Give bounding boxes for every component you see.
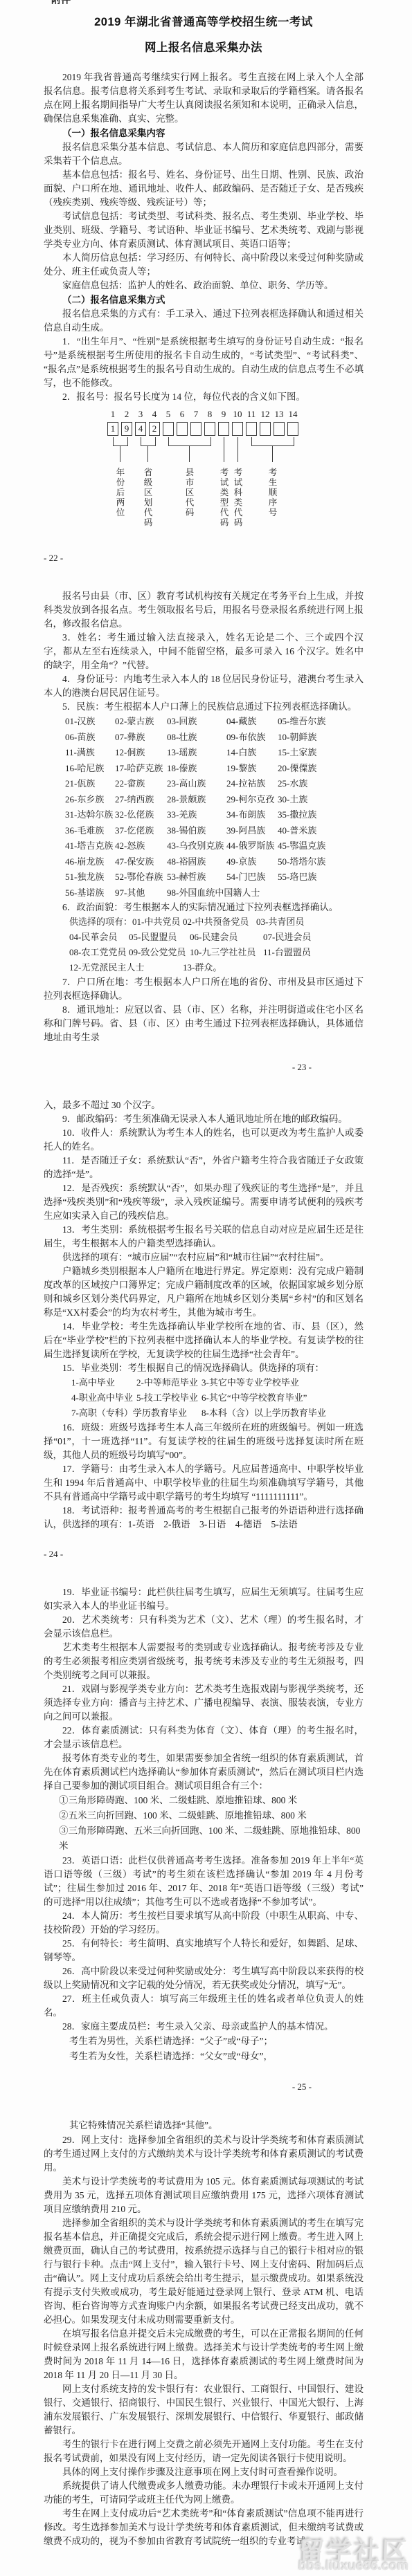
digit-position-label: 11 — [246, 408, 257, 421]
ethnic-code-item: 19-黎族 — [226, 761, 278, 777]
group-bracket — [113, 437, 128, 446]
paragraph: 报名信息采集的方式有：手工录入、通过下拉列表框选择确认和通过相关信息自动生成。 — [44, 307, 364, 335]
digit-box — [232, 422, 243, 436]
paragraph: 在填写报名信息并提交后未完成缴费的考生，可以在正常报名期间的任何时候登录网上报名… — [44, 2327, 364, 2382]
page-number: - 25 - — [44, 2081, 364, 2093]
paragraph: 22．体育素质测试：只有科类为体育（文）、体育（理）的考生报名时，才会显示该信息… — [44, 1724, 364, 1751]
page-number: - 23 - — [44, 1061, 364, 1074]
group-bracket — [251, 437, 294, 446]
ethnic-code-item: 14-白族 — [226, 745, 278, 761]
ethnic-code-item: 13-瑶族 — [167, 745, 226, 761]
option-item: 06-民建会员 — [190, 930, 263, 945]
ethnic-code-item: 10-朝鲜族 — [278, 730, 364, 746]
ethnic-code-item: 35-撒拉族 — [278, 807, 364, 823]
option-item: 2-中等师范毕业 — [136, 1375, 201, 1390]
option-item: 04-民革会员 — [69, 930, 129, 945]
digit-position-label: 13 — [274, 408, 285, 421]
paragraph: 美术与设计学类统考的考试费用为 105 元。体育素质测试每项测试的考试费用为 3… — [44, 2175, 364, 2216]
paragraph: 3．姓名：考生通过输入法直接录入，姓名无论是二个、三个或四个汉字，都从左至右连续… — [44, 631, 364, 672]
paragraph: 2．报名号：报名号长度为 14 位，每位代表的含义如下图。 — [44, 390, 364, 404]
ethnic-code-item: 54-门巴族 — [226, 870, 278, 885]
ethnic-code-item: 02-蒙古族 — [115, 714, 167, 730]
relation-note: 考生若为女性，关系栏请选择：“父女”或“母女”， — [69, 2049, 364, 2064]
option-item: 5-技工学校毕业 — [136, 1390, 201, 1406]
group-label: 年份后两位 — [115, 468, 125, 518]
group-label: 县市区代码 — [184, 468, 194, 518]
ethnic-code-item: 15-土家族 — [278, 745, 364, 761]
option-item: 02-中共预备党员 — [183, 914, 256, 930]
section-heading: （一）报名信息采集内容 — [44, 126, 364, 140]
watermark-text: 留学社区 — [298, 2545, 410, 2559]
paragraph: 2019 年我省普通高考继续实行网上报名。考生直接在网上录入个人全部报名信息。报… — [44, 71, 364, 126]
options-row: 供选择的项有：01-中共党员02-中共预备党员03-共青团员 — [69, 914, 364, 930]
ethnic-code-item: 27-纳西族 — [115, 792, 167, 808]
digit-box — [218, 422, 229, 436]
ethnic-code-item: 11-满族 — [65, 745, 115, 761]
option-item: 03-共青团员 — [256, 914, 364, 930]
paragraph: 本人简历信息包括：学习经历、有何特长、高中阶段以来受过何种奖励或处分、班主任或负… — [44, 251, 364, 279]
ethnic-code-item: 22-畲族 — [115, 776, 167, 792]
options-row: 7-高职（专科）学历教育毕业8-本科（含）以上学历教育毕业 — [71, 1406, 364, 1421]
ethnic-code-item: 16-哈尼族 — [65, 761, 115, 777]
option-item: 3-其它中等专业学校毕业 — [201, 1375, 364, 1390]
digit-position-label: 1 — [107, 408, 118, 421]
paragraph: 7．户口所在地：考生根据本人户口所在地的省份、市州及县市区通过下拉列表框选择确认… — [44, 975, 364, 1003]
paragraph: 5．民族：考生根据本人户口薄上的民族信息通过下拉列表框选择确认。 — [44, 700, 364, 714]
ethnic-code-item: 39-阿昌族 — [226, 823, 278, 839]
option-item: 7-高职（专科）学历教育毕业 — [71, 1406, 201, 1421]
digit-position-label: 2 — [121, 408, 132, 421]
ethnic-code-item: 33-羌族 — [167, 807, 226, 823]
group-stem — [147, 445, 148, 462]
digit-box — [163, 422, 174, 436]
digit-position-label: 12 — [260, 408, 271, 421]
group-label: 考生顺序号 — [267, 468, 277, 518]
registration-number-diagram: 12345678910111213141942年份后两位省级区划代码县市区代码考… — [107, 408, 364, 546]
ethnic-code-item: 40-普米族 — [278, 823, 364, 839]
ethnic-code-item: 47-保安族 — [115, 854, 167, 870]
paragraph: 艺术类考生根据本人需要报考的类别或专业选择确认。报考统考涉及专业的考生必须报考相… — [44, 1641, 364, 1682]
ethnic-code-item: 44-俄罗斯族 — [226, 838, 278, 854]
ethnic-code-item: 50-塔塔尔族 — [278, 854, 364, 870]
digit-position-label: 3 — [135, 408, 146, 421]
test-combo-item: ②五米三向折回跑、100 米、二级蛙跳、原地推铅球、800 米 — [59, 1808, 364, 1823]
paragraph: 21．戏剧与影视学类专业方向：艺术类考生选报戏剧与影视学类统考，还须选择专业方向… — [44, 1682, 364, 1724]
paragraph: 11．是否随迁子女：系统默认“否”，外省户籍考生符合我省随迁子女政策的选择“是”… — [44, 1154, 364, 1181]
ethnic-code-item: 17-哈萨克族 — [115, 761, 167, 777]
ethnic-code-item: 08-壮族 — [167, 730, 226, 746]
paragraph: 考试信息包括：考试类型、考试科类、报名点、考生类别、毕业学校、毕业类别、班级、学… — [44, 210, 364, 251]
paragraph: 供选择的项有：“城市应届”“农村应届”和“城市往届”“农村往届”。 — [44, 1251, 364, 1264]
paragraph: 1．“出生年月”、“性别”是系统根据考生填写的身份证号自动生成：“报名号”是系统… — [44, 335, 364, 390]
page-number: - 24 - — [44, 1548, 364, 1561]
group-label: 省级区划代码 — [143, 468, 152, 528]
paragraph: 4．身份证号：内地考生录入本人的 18 位居民身份证号，港澳台考生录入本人的港澳… — [44, 672, 364, 700]
document-page: 附件 2019 年湖北省普通高等学校招生统一考试 网上报名信息采集办法 2019… — [0, 0, 412, 2576]
group-stem — [238, 437, 238, 462]
ethnic-code-item: 18-傣族 — [167, 761, 226, 777]
digit-position-label: 5 — [163, 408, 174, 421]
digit-box — [260, 422, 271, 436]
option-item: 13-群众。 — [183, 960, 364, 975]
relation-note: 考生若为男性，关系栏请选择：“父子”或“母子”； — [69, 2034, 364, 2049]
clipped-header-fragment: 附件 — [51, 0, 71, 4]
paragraph: 13．考生类别：系统根据考生报名号关联的信息自动对应是应届生还是往届生，考生根据… — [44, 1223, 364, 1251]
paragraph: 报考体育类专业的考生，如果需要参加全省统一组织的体育素质测试，首先在体育素质测试… — [44, 1751, 364, 1793]
ethnic-code-item: 05-维吾尔族 — [278, 714, 364, 730]
paragraph: 26．高中阶段以来受过何种奖励或处分：考生填写高中阶段以来获得的校级以上奖励情况… — [44, 1965, 364, 1992]
digit-box — [287, 422, 298, 436]
paragraph: 27．班主任或负责人：填写高三年级班主任的姓名或者单位负责人的姓名。 — [44, 1992, 364, 2020]
ethnic-code-item: 06-苗族 — [65, 730, 115, 746]
paragraph: 23．英语口语：此栏仅供普通高考考生选择。准备参加 2019 年上半年“英语口语… — [44, 1854, 364, 1909]
group-label: 考试科类代码 — [233, 468, 242, 528]
digit-position-label: 7 — [190, 408, 201, 421]
ethnic-code-item: 03-回族 — [167, 714, 226, 730]
option-item: 07-民进会员 — [263, 930, 364, 945]
document-body: 2019 年我省普通高考继续实行网上报名。考生直接在网上录入个人全部报名信息。报… — [44, 71, 364, 2548]
document-title-line-2: 网上报名信息采集办法 — [44, 38, 364, 58]
ethnic-code-item: 53-赫哲族 — [167, 870, 226, 885]
ethnic-code-item: 45-鄂温克族 — [278, 838, 364, 854]
group-bracket — [168, 437, 211, 446]
option-item: 8-本科（含）以上学历教育毕业 — [201, 1406, 364, 1421]
ethnic-code-item: 01-汉族 — [65, 714, 115, 730]
paragraph: 网上支付系统支持的发卡银行有：农业银行、工商银行、中国银行、建设银行、交通银行、… — [44, 2382, 364, 2438]
ethnic-code-item: 20-傈僳族 — [278, 761, 364, 777]
options-row: 12-无党派民主人士13-群众。 — [69, 960, 364, 975]
clipped-header-text: 附件 — [51, 0, 71, 4]
options-row: 1-高中毕业2-中等师范毕业3-其它中等专业学校毕业 — [71, 1375, 364, 1390]
option-item: 4-职业高中毕业 — [71, 1390, 136, 1406]
digit-position-label: 9 — [218, 408, 229, 421]
group-label: 考试类型代码 — [219, 468, 229, 528]
options-row: 4-职业高中毕业5-技工学校毕业6-其它“中等学校教育毕业” — [71, 1390, 364, 1406]
ethnic-code-item: 25-水族 — [278, 776, 364, 792]
section-heading: （二）报名信息采集方式 — [44, 293, 364, 307]
document-content: 2019 年湖北省普通高等学校招生统一考试 网上报名信息采集办法 2019 年我… — [0, 0, 412, 2576]
option-item: 08-农工党党员 — [69, 945, 129, 960]
paragraph: 20．艺术类统考：只有科类为艺术（文）、艺术（理）的考生报名时，才会显示该信息栏… — [44, 1613, 364, 1641]
ethnic-code-item: 97-其他 — [115, 885, 167, 901]
paragraph: 基本信息包括：报名号、姓名、身份证号、出生日期、性别、民族、政治面貌、户口所在地… — [44, 168, 364, 210]
ethnic-code-item: 52-鄂伦春族 — [115, 870, 167, 885]
options-row: 04-民革会员05-民盟盟员06-民建会员07-民进会员 — [69, 930, 364, 945]
paragraph: 18．考试语种：报考普通高考的考生根据自己报考的外语语种进行选择确认，供选择的项… — [44, 1504, 364, 1531]
digit-position-label: 14 — [287, 408, 298, 421]
paragraph: 考生的银行卡在进行网上交费之前必须先开通网上支付功能。考生在支付报名考试费前，如… — [44, 2438, 364, 2465]
paragraph: 入，最多不超过 30 个汉字。 — [44, 1098, 364, 1112]
digit-box-row: 1942 — [107, 421, 364, 436]
ethnic-code-item: 37-仡佬族 — [115, 823, 167, 839]
paragraph: 系统提供了请人代缴费或多人缴费功能。未办理银行卡或未开通网上支付功能的考生，可请… — [44, 2479, 364, 2507]
relation-note: 其它特殊情况关系栏请选择“其他”。 — [69, 2118, 364, 2133]
ethnic-code-item: 55-珞巴族 — [278, 870, 364, 885]
ethnic-code-grid: 01-汉族02-蒙古族03-回族04-藏族05-维吾尔族06-苗族07-彝族08… — [65, 714, 364, 901]
paragraph: 9．邮政编码：考生须准确无误录入本人通讯地址所在地的邮政编码。 — [44, 1112, 364, 1126]
paragraph: 15．毕业类别：考生根据自己的情况选择确认。供选择的项有： — [44, 1361, 364, 1375]
option-item: 11-台盟盟员 — [263, 945, 364, 960]
paragraph: 29．网上支付：选择参加全省组织的美术与设计学类统考和体育素质测试的考生通过网上… — [44, 2133, 364, 2175]
ethnic-code-item: 29-柯尔克孜 — [226, 792, 278, 808]
ethnic-code-item: 24-拉祜族 — [226, 776, 278, 792]
paragraph: 19．毕业证书编号：此栏供往届考生填写，应届生无须填写。往届考生应如实录入本人的… — [44, 1585, 364, 1613]
ethnic-code-item: 26-东乡族 — [65, 792, 115, 808]
ethnic-code-item: 36-毛难族 — [65, 823, 115, 839]
ethnic-code-item: 98-外国血统中国籍人士 — [167, 885, 226, 901]
option-item: 1-高中毕业 — [71, 1375, 136, 1390]
ethnic-code-item: 51-独龙族 — [65, 870, 115, 885]
paragraph: 16．班级：班级号选择考生本人高三年级所在班的班级编号。例如一班选择“01”，十… — [44, 1421, 364, 1462]
ethnic-code-item: 07-彝族 — [115, 730, 167, 746]
digit-box — [177, 422, 188, 436]
ethnic-code-item: 12-侗族 — [115, 745, 167, 761]
paragraph: 报名号由县（市、区）教育考试机构按有关规定在考务平台上生成，并按科类发放到各报名… — [44, 589, 364, 631]
digit-position-label: 4 — [149, 408, 160, 421]
digit-position-label: 8 — [204, 408, 215, 421]
paragraph: 14．毕业学校：考生先选择确认毕业学校所在地的省、市、县（区），然后在“毕业学校… — [44, 1320, 364, 1361]
test-combo-item: ③三角形障碍跑、五米三向折回跑、100 米、二级蛙跳、原地推铅球、800 米 — [59, 1823, 364, 1854]
ethnic-code-item: 34-布朗族 — [226, 807, 278, 823]
test-combo-item: ①三角形障碍跑、100 米、二级蛙跳、原地推铅球、800 米 — [59, 1793, 364, 1808]
ethnic-code-item: 23-高山族 — [167, 776, 226, 792]
ethnic-code-item: 43-乌孜别克族 — [167, 838, 226, 854]
option-item: 12-无党派民主人士 — [69, 960, 183, 975]
ethnic-code-item: 38-锡伯族 — [167, 823, 226, 839]
digit-position-row: 1234567891011121314 — [107, 408, 364, 421]
digit-box — [274, 422, 285, 436]
ethnic-code-item: 04-藏族 — [226, 714, 278, 730]
group-stem — [224, 437, 224, 462]
ethnic-code-item: 49-京族 — [226, 854, 278, 870]
option-item: 10-九三学社社员 — [190, 945, 263, 960]
group-stem — [272, 445, 273, 462]
ethnic-code-item: 21-佤族 — [65, 776, 115, 792]
digit-box — [190, 422, 201, 436]
paragraph: 报名信息采集分基本信息、考试信息、本人简历和家庭信息四部分，需要采集若干个信息点… — [44, 140, 364, 168]
group-stem — [189, 445, 190, 462]
paragraph: 家庭信息包括：监护人的姓名、政治面貌、单位、职务、学历等。 — [44, 279, 364, 293]
group-bracket — [141, 437, 156, 446]
paragraph: 10．收件人：系统默认为考生本人的姓名，也可以更改为考生监护人或委托人的姓名。 — [44, 1126, 364, 1154]
ethnic-code-item: 31-达斡尔族 — [65, 807, 115, 823]
paragraph: 户籍城乡类别根据本人户籍所在地进行界定。界定原则：没有完成户籍制度改革的区域按户… — [44, 1264, 364, 1320]
digit-box: 9 — [121, 422, 132, 436]
digit-box: 2 — [149, 422, 160, 436]
option-item: 05-民盟盟员 — [129, 930, 190, 945]
digit-box: 1 — [107, 422, 118, 436]
digit-box — [204, 422, 215, 436]
ethnic-code-item: 28-景颇族 — [167, 792, 226, 808]
paragraph: 12．是否残疾：系统默认“否”，如果办理了残疾证的考生选择“是”，并且选择“残疾… — [44, 1181, 364, 1223]
paragraph: 6．政治面貌：考生根据本人的实际情况通过下拉列表框选择确认。 — [44, 901, 364, 914]
page-number: - 22 - — [44, 552, 364, 564]
options-row: 08-农工党党员09-致公党党员10-九三学社社员11-台盟盟员 — [69, 945, 364, 960]
ethnic-code-item: 56-基诺族 — [65, 885, 115, 901]
paragraph: 28．家庭主要成员栏：考生录入父亲、母亲或监护人的基本情况。 — [44, 2020, 364, 2034]
option-item: 6-其它“中等学校教育毕业” — [201, 1390, 364, 1406]
ethnic-code-item: 41-塔吉克族 — [65, 838, 115, 854]
document-title-line-1: 2019 年湖北省普通高等学校招生统一考试 — [44, 12, 364, 33]
paragraph: 具体的网上支付操作步骤及注意事项在网上支付时可查看操作说明。 — [44, 2465, 364, 2479]
digit-group-annotations: 年份后两位省级区划代码县市区代码考试类型代码考试科类代码考生顺序号 — [107, 436, 364, 546]
watermark-url: bbs.liuxue86.com — [298, 2559, 409, 2573]
title-spacer — [44, 58, 364, 71]
digit-box — [246, 422, 257, 436]
digit-box: 4 — [135, 422, 146, 436]
paragraph: 选择参加全省组织的美术与设计学类统考和体育素质测试的考生在填写完报名基本信息，并… — [44, 2216, 364, 2327]
paragraph: 25．有何特长：考生简明、真实地填写个人特长和爱好，如舞蹈、足球、钢琴等。 — [44, 1937, 364, 1965]
digit-position-label: 10 — [232, 408, 243, 421]
ethnic-code-item: 09-布依族 — [226, 730, 278, 746]
ethnic-code-item: 46-崩龙族 — [65, 854, 115, 870]
watermark: 留学社区 bbs.liuxue86.com — [298, 2545, 409, 2573]
paragraph: 8．通讯地址：应冠以省、县（市、区）名称，并注明街道或住宅小区名称和门牌号码。省… — [44, 1003, 364, 1045]
option-item: 供选择的项有：01-中共党员 — [69, 914, 183, 930]
paragraph: 24．本人简历：考生按栏目要求填写从高中阶段（中职生从职高、中专、技校阶段）开始… — [44, 1909, 364, 1937]
digit-position-label: 6 — [177, 408, 188, 421]
ethnic-code-item: 30-土族 — [278, 792, 364, 808]
group-stem — [120, 445, 120, 462]
option-item: 09-致公党党员 — [129, 945, 190, 960]
ethnic-code-item: 48-裕固族 — [167, 854, 226, 870]
paragraph: 17．学籍号：由考生录入本人的学籍号。凡应届普通高中、中职学校毕业生和 1994… — [44, 1462, 364, 1504]
ethnic-code-item: 32-仫佬族 — [115, 807, 167, 823]
ethnic-code-item: 42-怒族 — [115, 838, 167, 854]
